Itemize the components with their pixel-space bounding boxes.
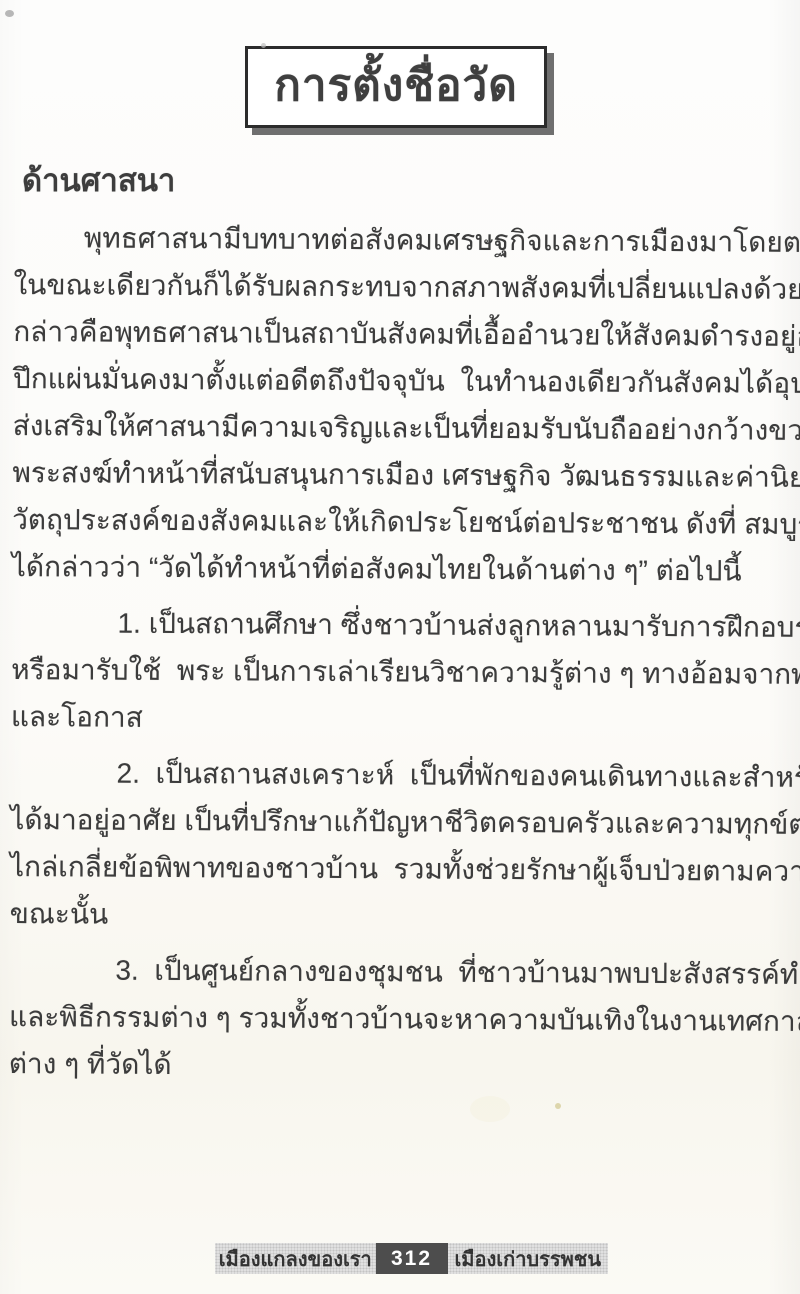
- footer-bar: เมืองแกลงของเรา 312 เมืองเก่าบรรพชน: [215, 1243, 608, 1274]
- paragraph: พุทธศาสนามีบทบาทต่อสังคมเศรษฐกิจและการเม…: [12, 214, 800, 595]
- text-line: พระสงฆ์ทำหน้าที่สนับสนุนการเมือง เศรษฐกิ…: [12, 449, 798, 501]
- text-line: และโอกาส: [11, 693, 797, 745]
- body-text: พุทธศาสนามีบทบาทต่อสังคมเศรษฐกิจและการเม…: [9, 214, 800, 1092]
- scan-speck: [5, 10, 14, 17]
- text-line: กล่าวคือพุทธศาสนาเป็นสถาบันสังคมที่เอื้อ…: [13, 308, 799, 360]
- text-line: 3. เป็นศูนย์กลางของชุมชน ที่ชาวบ้านมาพบป…: [9, 946, 795, 998]
- paragraph: 1. เป็นสถานศึกษา ซึ่งชาวบ้านส่งลูกหลานมา…: [11, 599, 798, 745]
- scanned-book-page: การตั้งชื่อวัด ด้านศาสนา พุทธศาสนามีบทบา…: [0, 0, 800, 1294]
- text-line: ปึกแผ่นมั่นคงมาตั้งแต่อดีตถึงปัจจุบัน ใน…: [13, 355, 799, 407]
- text-line: ได้มาอยู่อาศัย เป็นที่ปรึกษาแก้ปัญหาชีวิ…: [10, 796, 796, 848]
- paragraph: 2. เป็นสถานสงเคราะห์ เป็นที่พักของคนเดิน…: [10, 749, 797, 942]
- section-heading: ด้านศาสนา: [22, 155, 800, 205]
- paragraph: 3. เป็นศูนย์กลางของชุมชน ที่ชาวบ้านมาพบป…: [9, 946, 796, 1092]
- page-number: 312: [376, 1243, 448, 1274]
- text-line: ในขณะเดียวกันก็ได้รับผลกระทบจากสภาพสังคม…: [13, 261, 799, 313]
- text-line: ไกล่เกลี่ยข้อพิพาทของชาวบ้าน รวมทั้งช่วย…: [10, 843, 796, 895]
- title-area: การตั้งชื่อวัด: [0, 0, 800, 128]
- text-line: 2. เป็นสถานสงเคราะห์ เป็นที่พักของคนเดิน…: [10, 749, 796, 801]
- page-title: การตั้งชื่อวัด: [274, 61, 518, 110]
- text-line: ขณะนั้น: [10, 890, 796, 942]
- scan-speck: [555, 1103, 561, 1109]
- text-line: 1. เป็นสถานศึกษา ซึ่งชาวบ้านส่งลูกหลานมา…: [11, 599, 797, 651]
- text-line: ต่าง ๆ ที่วัดได้: [9, 1040, 795, 1092]
- scan-smudge: [470, 1096, 510, 1122]
- text-line: พุทธศาสนามีบทบาทต่อสังคมเศรษฐกิจและการเม…: [14, 214, 800, 266]
- text-line: วัตถุประสงค์ของสังคมและให้เกิดประโยชน์ต่…: [12, 496, 798, 548]
- text-line: ส่งเสริมให้ศาสนามีความเจริญและเป็นที่ยอม…: [13, 402, 799, 454]
- text-line: และพิธีกรรมต่าง ๆ รวมทั้งชาวบ้านจะหาความ…: [9, 993, 795, 1045]
- page-title-box: การตั้งชื่อวัด: [245, 46, 547, 128]
- footer-right-title: เมืองเก่าบรรพชน: [448, 1243, 609, 1274]
- scan-speck: [261, 43, 266, 48]
- footer-left-title: เมืองแกลงของเรา: [215, 1243, 376, 1274]
- text-line: ได้กล่าวว่า “วัดได้ทำหน้าที่ต่อสังคมไทยใ…: [12, 543, 798, 595]
- text-line: หรือมารับใช้ พระ เป็นการเล่าเรียนวิชาควา…: [11, 646, 797, 698]
